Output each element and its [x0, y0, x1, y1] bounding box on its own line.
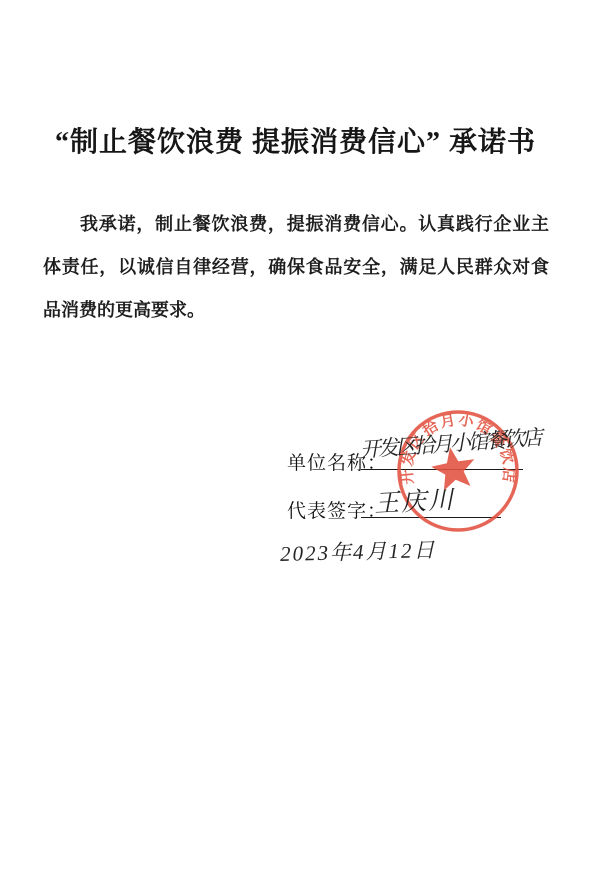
document-title: “制止餐饮浪费 提振消费信心” 承诺书: [0, 120, 591, 160]
date-handwritten: 2023年4月12日: [280, 534, 437, 568]
body-paragraph: 我承诺，制止餐饮浪费，提振消费信心。认真践行企业主 体责任，以诚信自律经营，确保…: [43, 203, 549, 332]
representative-signature-handwritten: 王庆川: [373, 480, 456, 520]
body-line-1: 我承诺，制止餐饮浪费，提振消费信心。认真践行企业主: [43, 203, 549, 246]
company-seal-stamp: 开发区拾月小馆餐饮店: [390, 400, 530, 540]
document-page: “制止餐饮浪费 提振消费信心” 承诺书 我承诺，制止餐饮浪费，提振消费信心。认真…: [0, 0, 591, 886]
body-line-2: 体责任，以诚信自律经营，确保食品安全，满足人民群众对食: [43, 246, 549, 289]
body-line-3: 品消费的更高要求。: [43, 289, 549, 332]
